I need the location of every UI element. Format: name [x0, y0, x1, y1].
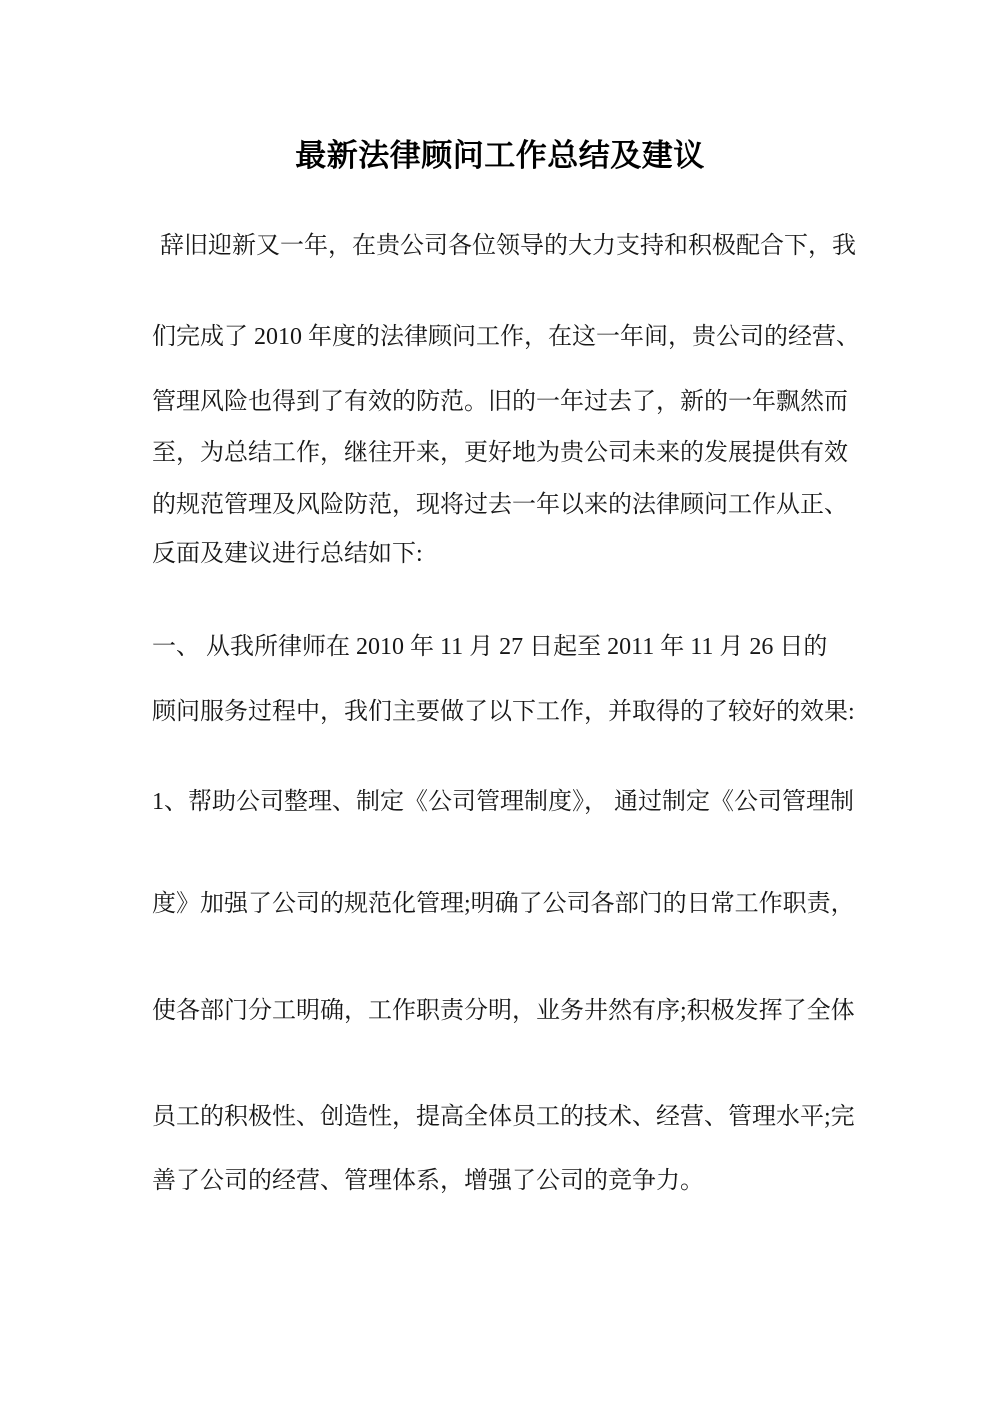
text-line: 管理风险也得到了有效的防范。旧的一年过去了，新的一年飘然而 — [152, 385, 848, 419]
text-line: 反面及建议进行总结如下: — [152, 537, 423, 571]
text-line: 员工的积极性、创造性，提高全体员工的技术、经营、管理水平;完 — [152, 1100, 855, 1134]
text-line: 顾问服务过程中，我们主要做了以下工作，并取得的了较好的效果: — [152, 695, 855, 729]
text-line: 1、帮助公司整理、制定《公司管理制度》， 通过制定《公司管理制 — [152, 785, 854, 819]
text-line: 辞旧迎新又一年，在贵公司各位领导的大力支持和积极配合下，我 — [160, 229, 856, 263]
text-line: 使各部门分工明确，工作职责分明，业务井然有序;积极发挥了全体 — [152, 994, 855, 1028]
document-title: 最新法律顾问工作总结及建议 — [0, 135, 1000, 177]
text-line: 们完成了 2010 年度的法律顾问工作，在这一年间，贵公司的经营、 — [152, 320, 860, 354]
text-line: 至，为总结工作，继往开来，更好地为贵公司未来的发展提供有效 — [152, 436, 848, 470]
text-line: 一、 从我所律师在 2010 年 11 月 27 日起至 2011 年 11 月… — [152, 630, 827, 664]
document-page: 最新法律顾问工作总结及建议 辞旧迎新又一年，在贵公司各位领导的大力支持和积极配合… — [0, 0, 1000, 1415]
text-line: 的规范管理及风险防范，现将过去一年以来的法律顾问工作从正、 — [152, 488, 848, 522]
text-line: 善了公司的经营、管理体系，增强了公司的竞争力。 — [152, 1164, 704, 1198]
text-line: 度》加强了公司的规范化管理;明确了公司各部门的日常工作职责， — [152, 887, 855, 921]
